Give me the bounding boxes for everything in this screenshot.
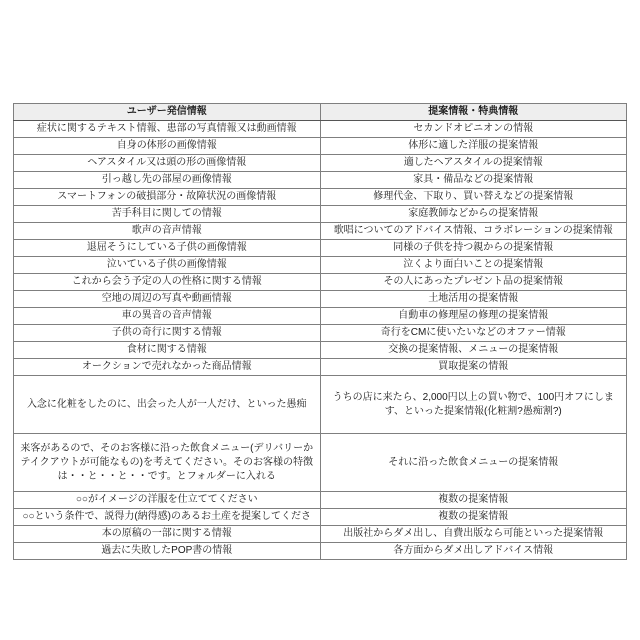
- user-info-cell: 退屈そうにしている子供の画像情報: [14, 240, 321, 257]
- table-row: ヘアスタイル又は頭の形の画像情報適したヘアスタイルの提案情報: [14, 155, 627, 172]
- user-info-cell: 過去に失敗したPOP書の情報: [14, 543, 321, 560]
- user-info-cell: これから会う予定の人の性格に関する情報: [14, 274, 321, 291]
- table-row: 泣いている子供の画像情報泣くより面白いことの提案情報: [14, 257, 627, 274]
- table-row: 本の原稿の一部に関する情報出版社からダメ出し、自費出版なら可能といった提案情報: [14, 526, 627, 543]
- table-row: 自身の体形の画像情報体形に適した洋服の提案情報: [14, 138, 627, 155]
- proposal-info-cell: セカンドオピニオンの情報: [320, 121, 627, 138]
- user-info-cell: 症状に関するテキスト情報、患部の写真情報又は動画情報: [14, 121, 321, 138]
- table-row: これから会う予定の人の性格に関する情報その人にあったプレゼント品の提案情報: [14, 274, 627, 291]
- proposal-info-cell: 自動車の修理屋の修理の提案情報: [320, 308, 627, 325]
- table-row: 食材に関する情報交換の提案情報、メニューの提案情報: [14, 342, 627, 359]
- user-info-cell: 来客があるので、そのお客様に沿った飲食メニュー(デリバリーかテイクアウトが可能な…: [14, 434, 321, 492]
- table-row: スマートフォンの破損部分・故障状況の画像情報修理代金、下取り、買い替えなどの提案…: [14, 189, 627, 206]
- user-info-cell: ○○がイメージの洋服を仕立ててください: [14, 492, 321, 509]
- proposal-info-cell: 複数の提案情報: [320, 509, 627, 526]
- table-row: 空地の周辺の写真や動画情報土地活用の提案情報: [14, 291, 627, 308]
- user-info-cell: 食材に関する情報: [14, 342, 321, 359]
- table-row: 退屈そうにしている子供の画像情報同様の子供を持つ親からの提案情報: [14, 240, 627, 257]
- proposal-info-cell: 体形に適した洋服の提案情報: [320, 138, 627, 155]
- user-info-cell: 泣いている子供の画像情報: [14, 257, 321, 274]
- user-info-cell: ○○という条件で、説得力(納得感)のあるお土産を提案してくださ: [14, 509, 321, 526]
- proposal-info-cell: 出版社からダメ出し、自費出版なら可能といった提案情報: [320, 526, 627, 543]
- proposal-info-cell: 修理代金、下取り、買い替えなどの提案情報: [320, 189, 627, 206]
- user-info-cell: 車の異音の音声情報: [14, 308, 321, 325]
- user-info-cell: 苦手科目に関しての情報: [14, 206, 321, 223]
- proposal-info-cell: 交換の提案情報、メニューの提案情報: [320, 342, 627, 359]
- user-info-cell: スマートフォンの破損部分・故障状況の画像情報: [14, 189, 321, 206]
- user-info-cell: 本の原稿の一部に関する情報: [14, 526, 321, 543]
- user-info-cell: 子供の奇行に関する情報: [14, 325, 321, 342]
- table-row: 車の異音の音声情報自動車の修理屋の修理の提案情報: [14, 308, 627, 325]
- table-row: ○○という条件で、説得力(納得感)のあるお土産を提案してくださ複数の提案情報: [14, 509, 627, 526]
- proposal-info-cell: それに沿った飲食メニューの提案情報: [320, 434, 627, 492]
- user-proposal-table: ユーザー発信情報 提案情報・特典情報 症状に関するテキスト情報、患部の写真情報又…: [13, 103, 627, 560]
- header-row: ユーザー発信情報 提案情報・特典情報: [14, 104, 627, 121]
- proposal-info-cell: 家庭教師などからの提案情報: [320, 206, 627, 223]
- user-info-cell: 引っ越し先の部屋の画像情報: [14, 172, 321, 189]
- user-info-cell: ヘアスタイル又は頭の形の画像情報: [14, 155, 321, 172]
- table-row: 苦手科目に関しての情報家庭教師などからの提案情報: [14, 206, 627, 223]
- proposal-info-cell: 適したヘアスタイルの提案情報: [320, 155, 627, 172]
- table-row: ○○がイメージの洋服を仕立ててください複数の提案情報: [14, 492, 627, 509]
- table-row: 子供の奇行に関する情報奇行をCMに使いたいなどのオファー情報: [14, 325, 627, 342]
- user-info-cell: 歌声の音声情報: [14, 223, 321, 240]
- table-row: 症状に関するテキスト情報、患部の写真情報又は動画情報セカンドオピニオンの情報: [14, 121, 627, 138]
- table-row: 過去に失敗したPOP書の情報各方面からダメ出しアドバイス情報: [14, 543, 627, 560]
- header-user-info: ユーザー発信情報: [14, 104, 321, 121]
- table-row: 入念に化粧をしたのに、出会った人が一人だけ、といった愚痴うちの店に来たら、2,0…: [14, 376, 627, 434]
- user-info-cell: 自身の体形の画像情報: [14, 138, 321, 155]
- user-info-cell: 入念に化粧をしたのに、出会った人が一人だけ、といった愚痴: [14, 376, 321, 434]
- table-row: 歌声の音声情報歌唱についてのアドバイス情報、コラボレーションの提案情報: [14, 223, 627, 240]
- proposal-info-cell: 奇行をCMに使いたいなどのオファー情報: [320, 325, 627, 342]
- proposal-info-cell: 買取提案の情報: [320, 359, 627, 376]
- user-info-cell: オークションで売れなかった商品情報: [14, 359, 321, 376]
- proposal-info-cell: 各方面からダメ出しアドバイス情報: [320, 543, 627, 560]
- proposal-info-cell: 泣くより面白いことの提案情報: [320, 257, 627, 274]
- document-page: ユーザー発信情報 提案情報・特典情報 症状に関するテキスト情報、患部の写真情報又…: [0, 0, 640, 640]
- proposal-info-cell: その人にあったプレゼント品の提案情報: [320, 274, 627, 291]
- table-row: 引っ越し先の部屋の画像情報家具・備品などの提案情報: [14, 172, 627, 189]
- user-info-cell: 空地の周辺の写真や動画情報: [14, 291, 321, 308]
- proposal-info-cell: 土地活用の提案情報: [320, 291, 627, 308]
- table-body: 症状に関するテキスト情報、患部の写真情報又は動画情報セカンドオピニオンの情報自身…: [14, 121, 627, 560]
- proposal-info-cell: 歌唱についてのアドバイス情報、コラボレーションの提案情報: [320, 223, 627, 240]
- proposal-info-cell: 複数の提案情報: [320, 492, 627, 509]
- table-head: ユーザー発信情報 提案情報・特典情報: [14, 104, 627, 121]
- proposal-info-cell: 家具・備品などの提案情報: [320, 172, 627, 189]
- proposal-info-cell: うちの店に来たら、2,000円以上の買い物で、100円オフにします、といった提案…: [320, 376, 627, 434]
- header-proposal-info: 提案情報・特典情報: [320, 104, 627, 121]
- table-row: オークションで売れなかった商品情報買取提案の情報: [14, 359, 627, 376]
- proposal-info-cell: 同様の子供を持つ親からの提案情報: [320, 240, 627, 257]
- table-row: 来客があるので、そのお客様に沿った飲食メニュー(デリバリーかテイクアウトが可能な…: [14, 434, 627, 492]
